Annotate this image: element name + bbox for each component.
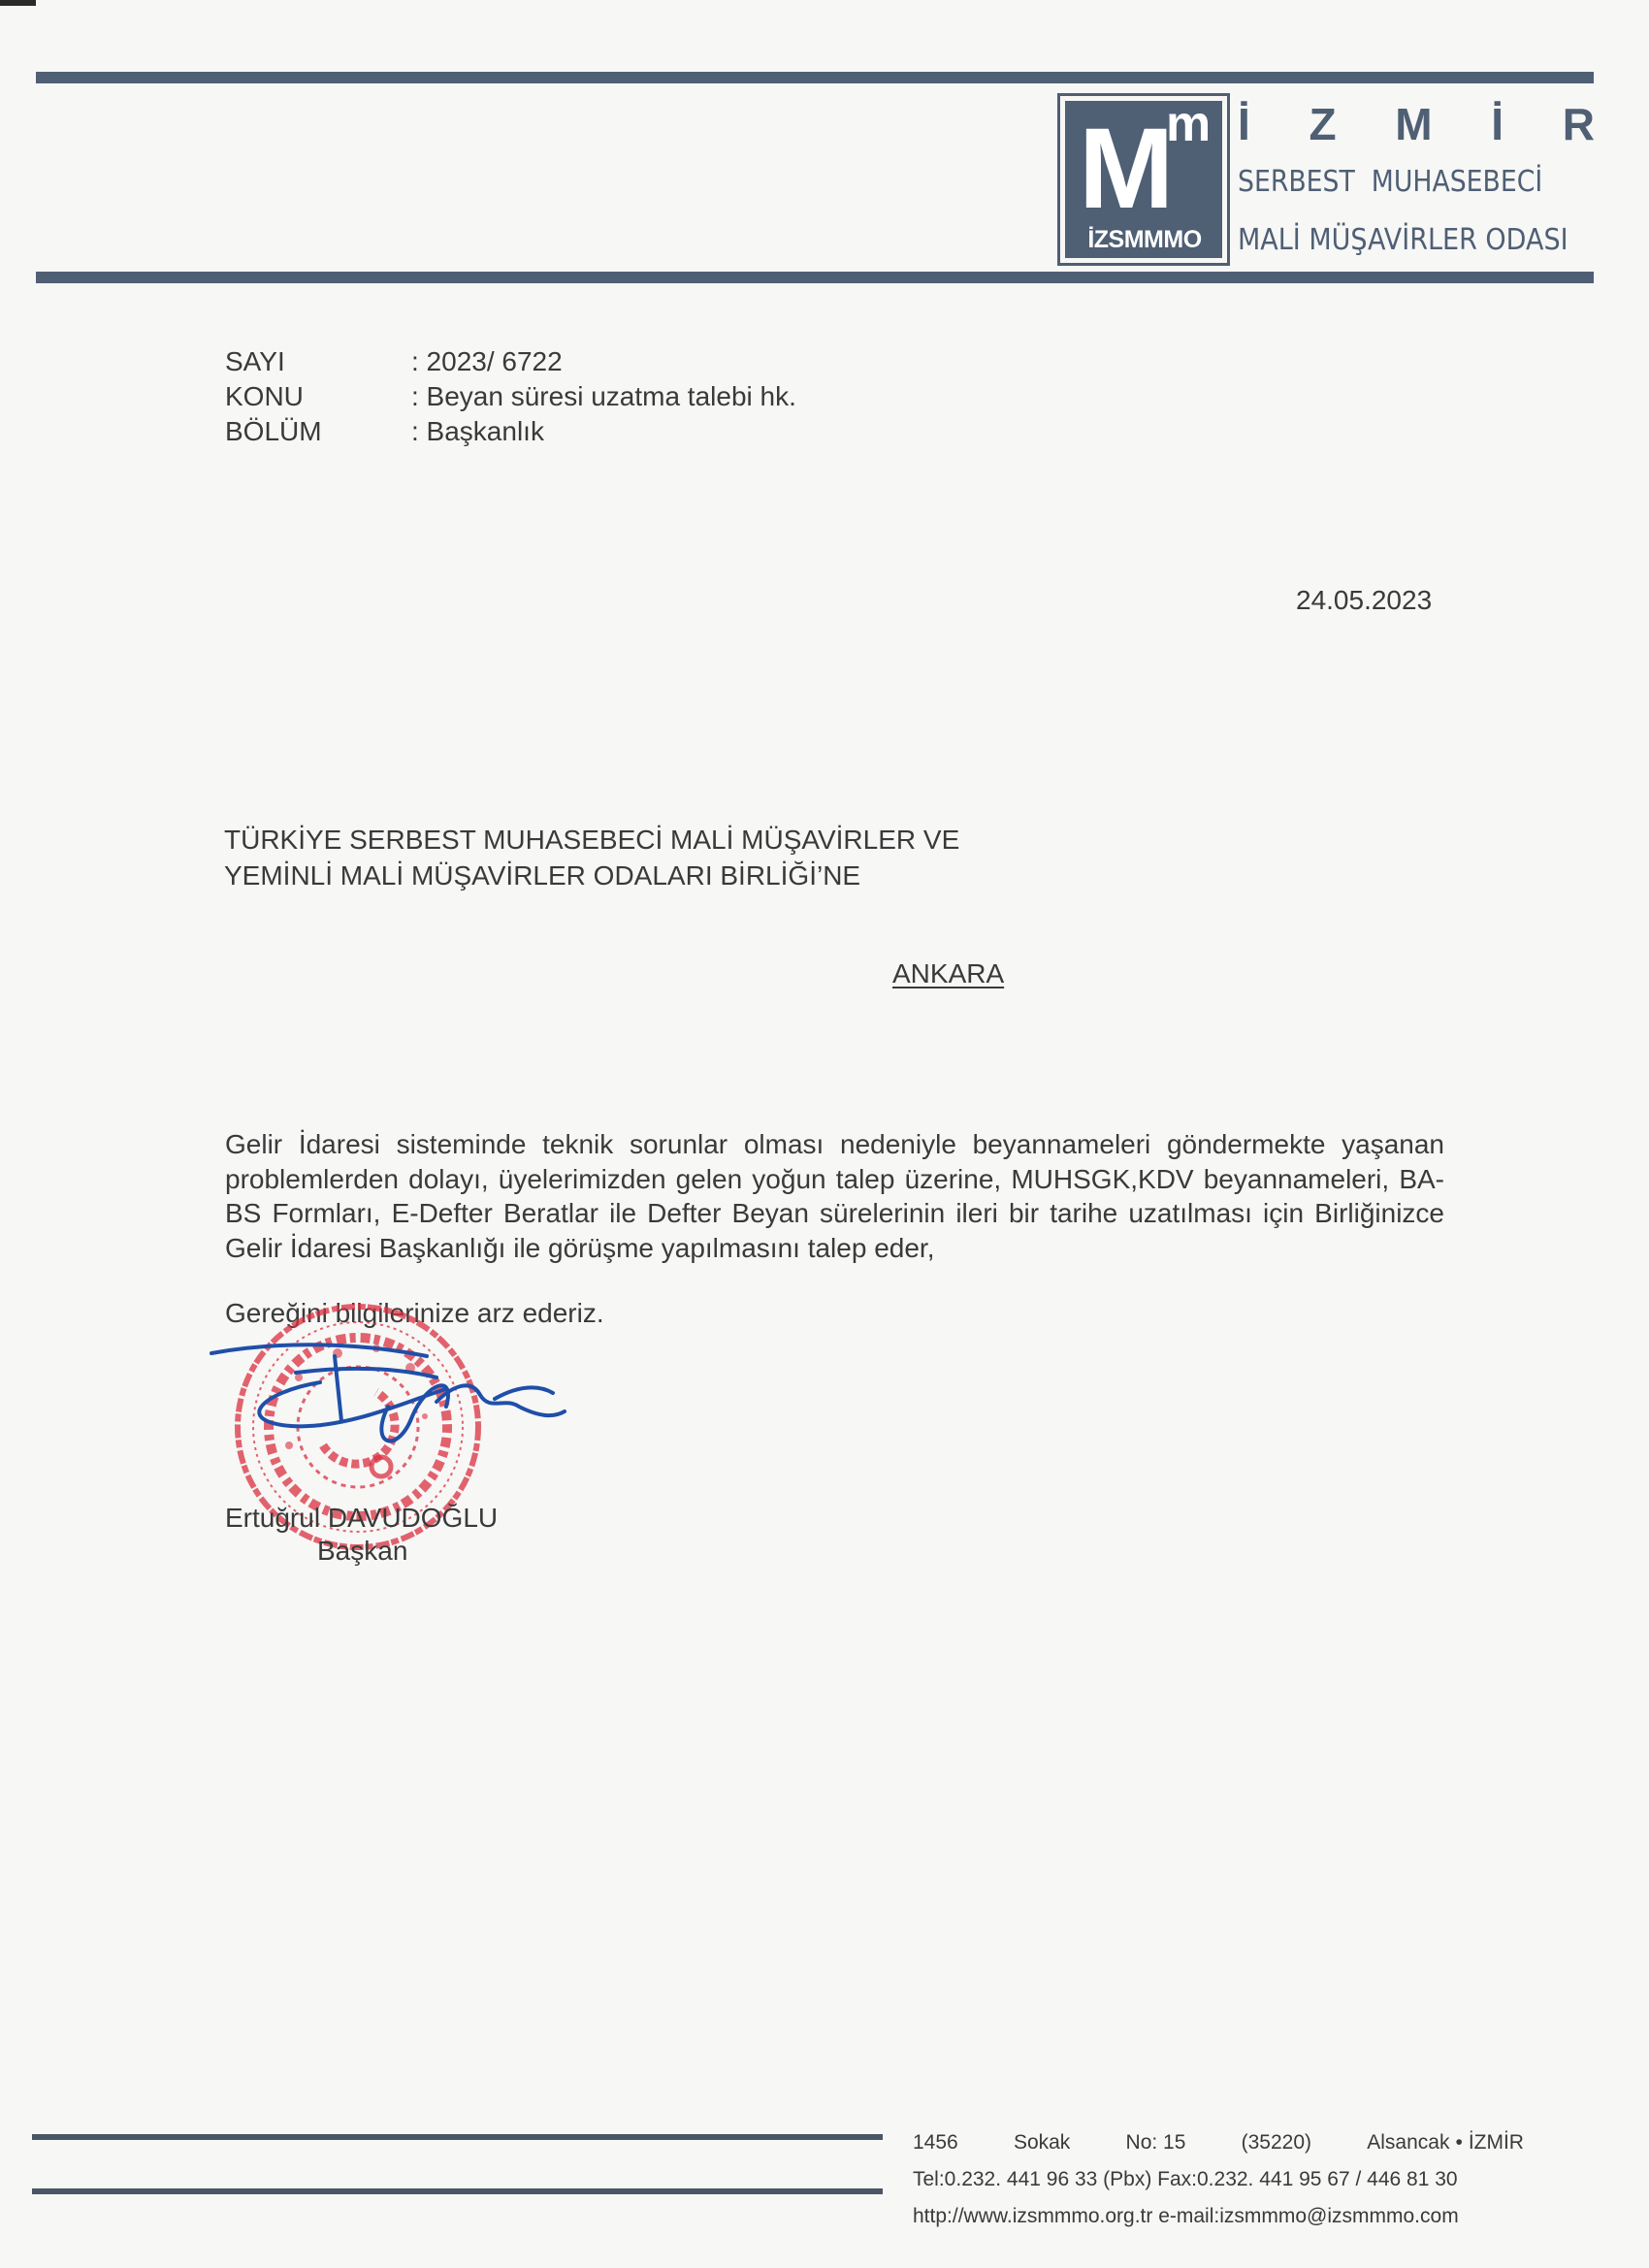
- logo-small-letter: m: [1166, 105, 1211, 144]
- footer-rule-top: [32, 2134, 883, 2140]
- reference-block: SAYI : 2023/ 6722 KONU : Beyan süresi uz…: [225, 344, 796, 449]
- reference-row-sayi: SAYI : 2023/ 6722: [225, 344, 796, 379]
- reference-value: : Başkanlık: [411, 414, 544, 449]
- scan-edge-strip: [0, 0, 36, 6]
- logo-background: M m İZSMMMO: [1065, 101, 1222, 258]
- addressee-line1: TÜRKİYE SERBEST MUHASEBECİ MALİ MÜŞAVİRL…: [224, 822, 959, 858]
- reference-label: BÖLÜM: [225, 414, 411, 449]
- letter-body: Gelir İdaresi sisteminde teknik sorunlar…: [225, 1127, 1444, 1265]
- address-city: İZMİR: [1469, 2131, 1524, 2154]
- footer-phone: Tel:0.232. 441 96 33 (Pbx) Fax:0.232. 44…: [913, 2161, 1524, 2198]
- header-rule-bottom: [36, 272, 1594, 283]
- addressee-line2: YEMİNLİ MALİ MÜŞAVİRLER ODALARI BİRLİĞİ’…: [224, 858, 959, 893]
- reference-value: : 2023/ 6722: [411, 344, 563, 379]
- closing-line: Gereğini bilgilerinize arz ederiz.: [225, 1298, 604, 1329]
- city-letter: Z: [1309, 98, 1336, 150]
- address-postal-code: (35220): [1242, 2124, 1311, 2161]
- logo-abbreviation: İZSMMMO: [1069, 225, 1220, 254]
- city-letter: İ: [1491, 98, 1503, 150]
- city-letter: İ: [1238, 98, 1250, 150]
- city-letter: M: [1395, 98, 1432, 150]
- addressee: TÜRKİYE SERBEST MUHASEBECİ MALİ MÜŞAVİRL…: [224, 822, 959, 893]
- letter-date: 24.05.2023: [1296, 585, 1432, 616]
- addressee-city: ANKARA: [892, 958, 1004, 989]
- org-city-title: İ Z M İ R: [1238, 95, 1595, 153]
- reference-value: : Beyan süresi uzatma talebi hk.: [411, 379, 796, 414]
- reference-label: KONU: [225, 379, 411, 414]
- footer-address: 1456 Sokak No: 15 (35220) Alsancak•İZMİR: [913, 2124, 1524, 2161]
- address-number: No: 15: [1126, 2124, 1186, 2161]
- footer-rule-bottom: [32, 2188, 883, 2194]
- address-district: Alsancak: [1367, 2131, 1449, 2154]
- footer-contact: 1456 Sokak No: 15 (35220) Alsancak•İZMİR…: [913, 2124, 1524, 2235]
- address-district-city: Alsancak•İZMİR: [1367, 2124, 1524, 2161]
- footer-web-email: http://www.izsmmmo.org.tr e-mail:izsmmmo…: [913, 2198, 1524, 2235]
- reference-row-bolum: BÖLÜM : Başkanlık: [225, 414, 796, 449]
- org-logo: M m İZSMMMO: [1057, 93, 1230, 266]
- signer-title: Başkan: [317, 1536, 407, 1567]
- logo-large-letter: M: [1079, 120, 1170, 217]
- bullet-icon: •: [1455, 2131, 1462, 2154]
- address-street: 1456: [913, 2124, 958, 2161]
- org-name-line1: SERBEST MUHASEBECİ: [1238, 165, 1556, 199]
- reference-row-konu: KONU : Beyan süresi uzatma talebi hk.: [225, 379, 796, 414]
- signer-name: Ertuğrul DAVUDOĞLU: [225, 1503, 498, 1534]
- reference-label: SAYI: [225, 344, 411, 379]
- org-name-line2: MALİ MÜŞAVİRLER ODASI: [1238, 223, 1559, 257]
- address-sokak: Sokak: [1014, 2124, 1070, 2161]
- city-letter: R: [1563, 98, 1595, 150]
- header-rule-top: [36, 72, 1594, 83]
- signature-icon: [204, 1329, 572, 1455]
